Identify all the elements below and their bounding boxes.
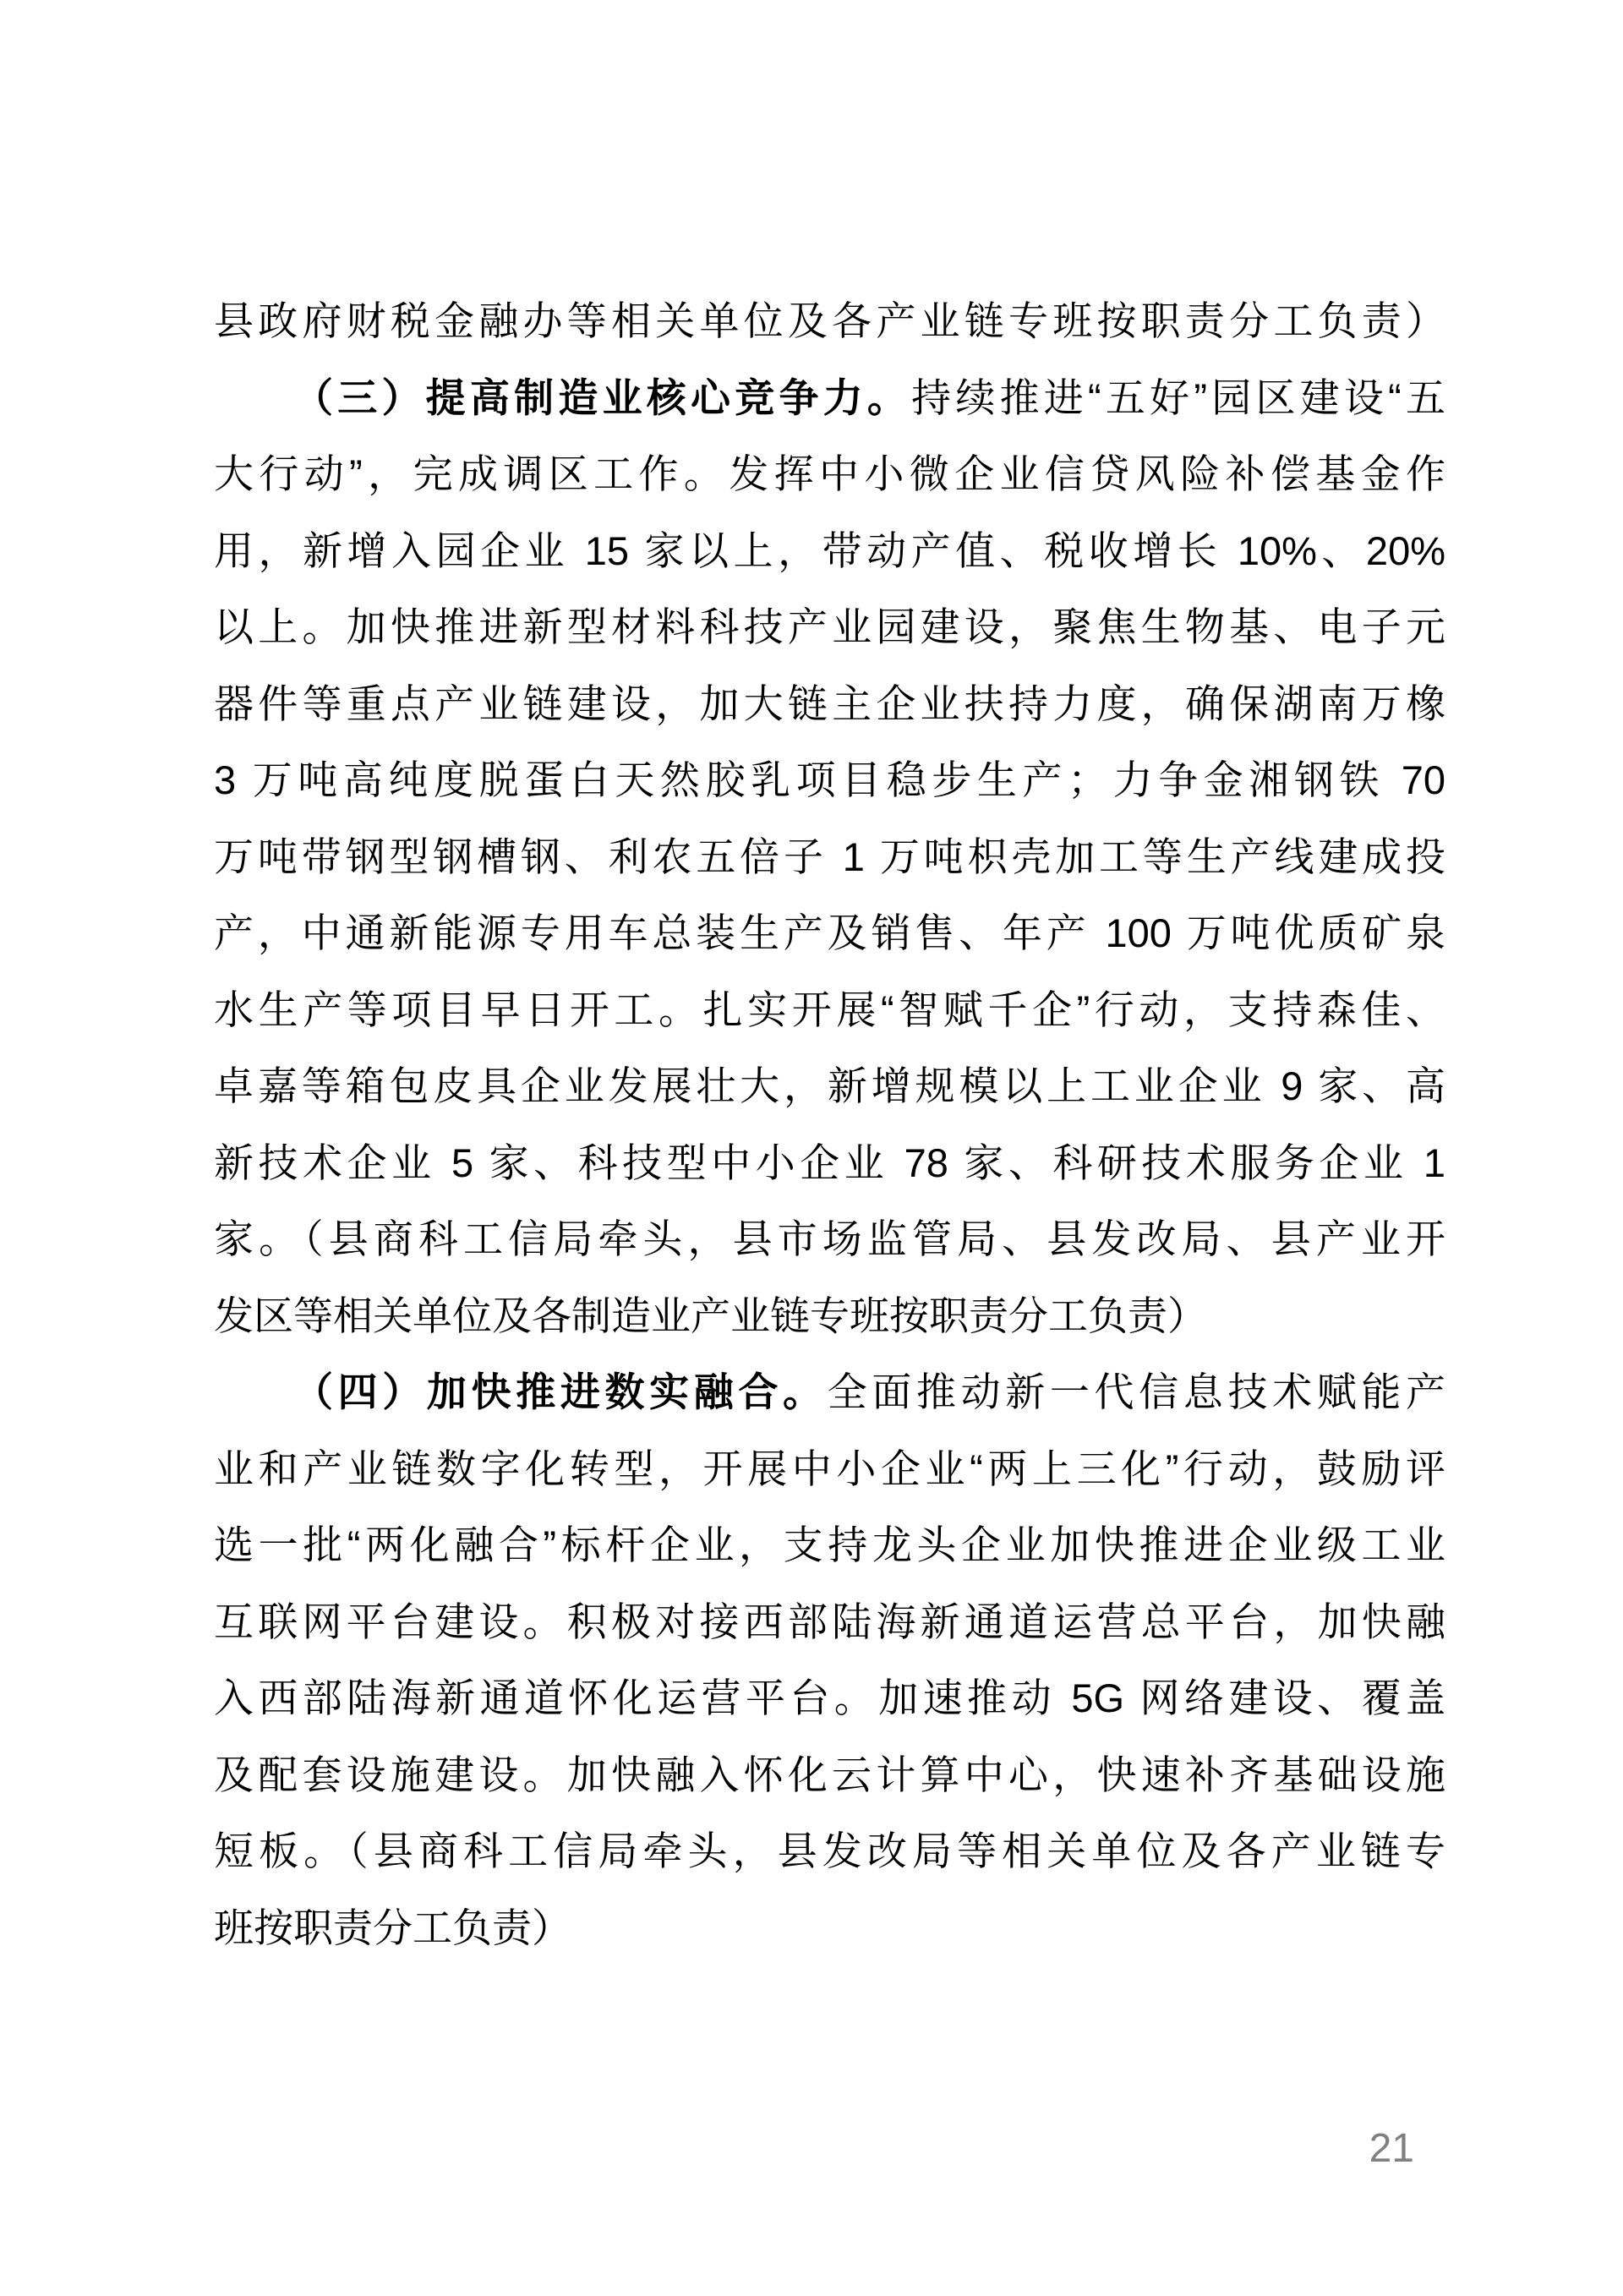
- text-line: 发区等相关单位及各制造业产业链专班按职责分工负责）: [214, 1278, 1445, 1355]
- text-segment: 互联网平台建设。积极对接西部陆海新通道运营总平台，加快融: [214, 1599, 1445, 1644]
- text-line: （四）加快推进数实融合。全面推动新一代信息技术赋能产: [214, 1354, 1445, 1431]
- text-line: 水生产等项目早日开工。扎实开展“智赋千企”行动，支持森佳、: [214, 972, 1445, 1049]
- text-segment: 器件等重点产业链建设，加大链主企业扶持力度，确保湖南万橡: [214, 681, 1445, 726]
- text-segment: 及配套设施建设。加快融入怀化云计算中心，快速补齐基础设施: [214, 1752, 1445, 1797]
- text-segment: 用，新增入园企业 15 家以上，带动产值、税收增长 10%、20%: [214, 528, 1445, 573]
- text-line: 以上。加快推进新型材料科技产业园建设，聚焦生物基、电子元: [214, 589, 1445, 666]
- heading-segment: （四）加快推进数实融合。: [293, 1369, 828, 1414]
- heading-segment: （三）提高制造业核心竞争力。: [293, 375, 911, 420]
- text-segment: 选一批“两化融合”标杆企业，支持龙头企业加快推进企业级工业: [214, 1522, 1445, 1567]
- text-segment: 家。（县商科工信局牵头，县市场监管局、县发改局、县产业开: [214, 1216, 1445, 1261]
- text-line: 县政府财税金融办等相关单位及各产业链专班按职责分工负责）: [214, 283, 1445, 360]
- text-line: 家。（县商科工信局牵头，县市场监管局、县发改局、县产业开: [214, 1201, 1445, 1278]
- page-number: 21: [214, 2124, 1414, 2174]
- document-page: 县政府财税金融办等相关单位及各产业链专班按职责分工负责）（三）提高制造业核心竞争…: [0, 0, 1623, 2296]
- text-line: 入西部陆海新通道怀化运营平台。加速推动 5G 网络建设、覆盖: [214, 1660, 1445, 1737]
- text-line: 互联网平台建设。积极对接西部陆海新通道运营总平台，加快融: [214, 1584, 1445, 1661]
- text-segment: 大行动”，完成调区工作。发挥中小微企业信贷风险补偿基金作: [214, 451, 1445, 496]
- text-line: 万吨带钢型钢槽钢、利农五倍子 1 万吨枳壳加工等生产线建成投: [214, 819, 1445, 896]
- text-line: 大行动”，完成调区工作。发挥中小微企业信贷风险补偿基金作: [214, 436, 1445, 513]
- text-line: 及配套设施建设。加快融入怀化云计算中心，快速补齐基础设施: [214, 1737, 1445, 1814]
- text-line: 选一批“两化融合”标杆企业，支持龙头企业加快推进企业级工业: [214, 1507, 1445, 1584]
- text-segment: 新技术企业 5 家、科技型中小企业 78 家、科研技术服务企业 1: [214, 1140, 1445, 1185]
- text-line: （三）提高制造业核心竞争力。持续推进“五好”园区建设“五: [214, 360, 1445, 437]
- text-segment: 产，中通新能源专用车总装生产及销售、年产 100 万吨优质矿泉: [214, 910, 1445, 955]
- text-line: 3 万吨高纯度脱蛋白天然胶乳项目稳步生产；力争金湘钢铁 70: [214, 742, 1445, 819]
- text-segment: 3 万吨高纯度脱蛋白天然胶乳项目稳步生产；力争金湘钢铁 70: [214, 757, 1445, 802]
- text-segment: 万吨带钢型钢槽钢、利农五倍子 1 万吨枳壳加工等生产线建成投: [214, 834, 1445, 879]
- text-line: 班按职责分工负责）: [214, 1890, 1445, 1967]
- text-line: 新技术企业 5 家、科技型中小企业 78 家、科研技术服务企业 1: [214, 1125, 1445, 1202]
- text-line: 卓嘉等箱包皮具企业发展壮大，新增规模以上工业企业 9 家、高: [214, 1048, 1445, 1125]
- text-segment: 卓嘉等箱包皮具企业发展壮大，新增规模以上工业企业 9 家、高: [214, 1063, 1445, 1108]
- text-segment: 短板。（县商科工信局牵头，县发改局等相关单位及各产业链专: [214, 1829, 1445, 1873]
- text-segment: 发区等相关单位及各制造业产业链专班按职责分工负责）: [214, 1293, 1207, 1338]
- text-segment: 全面推动新一代信息技术赋能产: [828, 1369, 1445, 1414]
- text-line: 业和产业链数字化转型，开展中小企业“两上三化”行动，鼓励评: [214, 1431, 1445, 1508]
- text-line: 产，中通新能源专用车总装生产及销售、年产 100 万吨优质矿泉: [214, 895, 1445, 972]
- text-segment: 业和产业链数字化转型，开展中小企业“两上三化”行动，鼓励评: [214, 1446, 1445, 1491]
- text-segment: 班按职责分工负责）: [214, 1905, 571, 1950]
- text-line: 器件等重点产业链建设，加大链主企业扶持力度，确保湖南万橡: [214, 666, 1445, 743]
- text-segment: 县政府财税金融办等相关单位及各产业链专班按职责分工负责）: [214, 298, 1445, 343]
- text-line: 短板。（县商科工信局牵头，县发改局等相关单位及各产业链专: [214, 1813, 1445, 1890]
- text-segment: 入西部陆海新通道怀化运营平台。加速推动 5G 网络建设、覆盖: [214, 1676, 1445, 1720]
- text-block: 县政府财税金融办等相关单位及各产业链专班按职责分工负责）（三）提高制造业核心竞争…: [214, 283, 1445, 1966]
- text-segment: 持续推进“五好”园区建设“五: [911, 375, 1445, 420]
- text-segment: 以上。加快推进新型材料科技产业园建设，聚焦生物基、电子元: [214, 604, 1445, 649]
- text-line: 用，新增入园企业 15 家以上，带动产值、税收增长 10%、20%: [214, 513, 1445, 590]
- text-segment: 水生产等项目早日开工。扎实开展“智赋千企”行动，支持森佳、: [214, 987, 1445, 1032]
